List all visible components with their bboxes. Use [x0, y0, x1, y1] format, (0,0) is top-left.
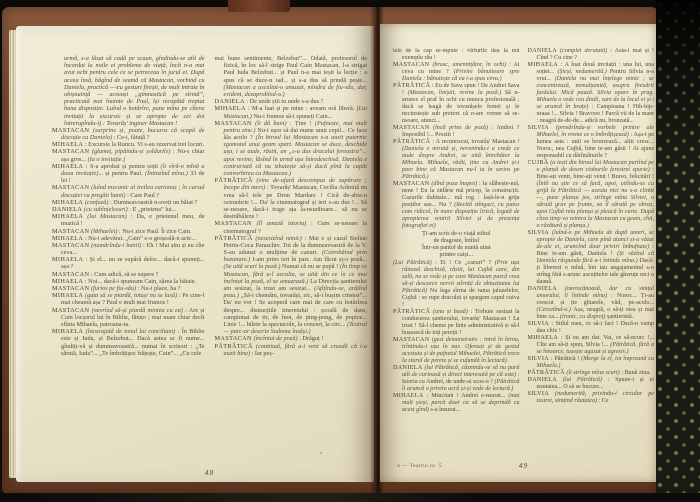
speaker-name: SILVIA [528, 125, 550, 131]
speaker-name: MIHAELA [52, 199, 83, 206]
paper-speck [536, 62, 538, 64]
dialogue-paragraph: MASTACAN (brusc, amenințător, în ochi) :… [393, 62, 520, 83]
page-right-footer: 4 — Teatrul nr. 5 49 [393, 452, 654, 480]
speaker-name: MASTACAN [52, 127, 89, 134]
dialogue-paragraph: SILVIA (nedumerită, privindu-i circular … [528, 391, 655, 405]
dialogue-paragraph: MASTACAN (luînd mecanic al treilea carto… [52, 184, 205, 198]
dialogue-paragraph: MIHAELA : Și eu am dat. Vai, ce să-ncurc… [528, 335, 655, 356]
dialogue-paragraph: MASTACAN (îi dă bani) : Ține ! (Pufnește… [215, 120, 368, 178]
dialogue-paragraph: PĂTRĂTICĂ (vine de-afară descompus de su… [215, 177, 368, 220]
paper-speck [116, 86, 118, 89]
dialogue-paragraph: MASTACAN (numărîndu-i banii) : Eh ! Mai … [52, 242, 205, 256]
dialogue-paragraph: MASTACAN (îl amuză istoria) : Cum se-nso… [215, 220, 368, 234]
dialogue-paragraph: MASTACAN (dînd poza înapoi) : Ia slăbeșt… [393, 181, 520, 230]
page-right-columns: tele de la cap se-mpute : vîrfurile dau … [393, 48, 654, 452]
dialogue-paragraph: DANIELA (morocănoasă, dar cu simțul umor… [528, 286, 655, 321]
speaker-name: DANIELA [393, 365, 423, 371]
speaker-name: MASTACAN [215, 335, 252, 342]
speaker-name: MASTACAN [52, 148, 89, 155]
speaker-name: MIHAELA [52, 235, 83, 242]
dialogue-paragraph: MASTACAN (gest demonstrativ : intră în b… [393, 337, 520, 365]
dialogue-paragraph: MIHAELA : M-a luat și pe mine : aveam or… [215, 105, 368, 119]
speaker-name: SILVIA [528, 230, 550, 236]
speaker-name: PĂTRĂTICĂ [215, 343, 253, 350]
dialogue-paragraph: DANIELA (lui Pătrătică, căznindu-se să n… [393, 365, 520, 393]
dialogue-paragraph: MASTACAN (nevrînd să-și piardă mintea cu… [52, 307, 205, 329]
speaker-name: MASTACAN [52, 285, 89, 292]
speaker-name: PĂTRĂTICĂ [528, 370, 565, 376]
dialogue-paragraph: MIHAELA : Minciuni ! Andrei e-nsurat... … [393, 393, 520, 414]
dialogue-paragraph: DANIELA (lui Pătrătică) : Spune-i și ei … [528, 377, 655, 391]
speaker-name: MIHAELA [528, 62, 559, 68]
speaker-name: DANIELA [528, 286, 558, 292]
speaker-name: PĂTRĂTICĂ [393, 139, 430, 145]
dialogue-paragraph: CUJBĂ (a ieșit din biroul lui Mastacan p… [528, 160, 655, 230]
dialogue-paragraph: DANIELA (cu subînțelesuri) : E „prietena… [52, 206, 205, 213]
continuation-paragraph: mai bune sentimente, Belzebut”... Odată,… [215, 55, 368, 98]
speaker-name: DANIELA [52, 206, 82, 213]
dialogue-paragraph: DANIELA : De unde știi tu unde s-a dus ? [215, 98, 368, 105]
speaker-name: MASTACAN [393, 337, 430, 343]
speaker-name: MASTACAN [393, 181, 430, 187]
speaker-name: PĂTRĂTICĂ [393, 83, 430, 89]
speaker-name: MASTACAN [52, 228, 89, 235]
page-number: 49 [393, 461, 654, 470]
dialogue-paragraph: PĂTRĂTICĂ (nesesizînd nimic) : Mai e și … [215, 235, 368, 336]
dialogue-paragraph: MIHAELA : Excursie la Runcu. Vi s-au rez… [52, 141, 205, 148]
dialogue-paragraph: PĂTRĂTICĂ (continuă, fără a-i veni să cr… [215, 343, 368, 357]
speaker-name: MIHAELA [393, 393, 424, 399]
dialogue-paragraph: SILVIA (luînd-o pe Mihaela de după umeri… [528, 230, 655, 286]
book-page-right: tele de la cap se-mpute : vîrfurile dau … [380, 24, 658, 482]
speaker-name: MIHAELA [52, 256, 83, 263]
speaker-name: PĂTRĂTICĂ [393, 309, 430, 315]
speaker-name: DANIELA [528, 48, 558, 54]
dialogue-paragraph: MIHAELA (încurajată de tonul lui concili… [52, 328, 205, 357]
dialogue-paragraph: MASTACAN (încîntat de poză) : Drăguț ! [215, 335, 368, 342]
speaker-name: MIHAELA [215, 105, 246, 112]
speaker-name: MIHAELA [52, 278, 83, 285]
speaker-name: SILVIA [528, 391, 550, 397]
speaker-name: MASTACAN [393, 62, 430, 68]
speaker-name: MIHAELA [52, 292, 83, 299]
dialogue-paragraph: MIHAELA : A luat două invitații : una lu… [528, 62, 655, 125]
dialogue-paragraph: PĂTRĂTICĂ (una și bună) : Trebuie sesiza… [393, 309, 520, 337]
dialogue-paragraph: MASTACAN (surprins și, poate, bucuros că… [52, 127, 205, 141]
book-spine-top [228, 0, 290, 12]
dialogue-paragraph: MASTACAN (glumeț, pipăindu-și șoldurile)… [52, 148, 205, 162]
text-column: DANIELA (complet derutată) : Asta-i mai … [528, 48, 655, 452]
speaker-name: MASTACAN [52, 271, 89, 278]
dialogue-paragraph: SILVIA : Pătrătică ! (Merge la el, tot î… [528, 356, 655, 370]
dialogue-paragraph: PĂTRĂTICĂ (îi strînge mîna scurt) : Bună… [528, 370, 655, 377]
dialogue-paragraph: MASTACAN (Mihaelei) : Nu-i zice Paul. Îi… [52, 228, 205, 235]
dialogue-paragraph: SILVIA : Stilul meu, ce să-i faci ! Dacă… [528, 321, 655, 335]
dialogue-paragraph: MIHAELA : Nu-i adevărat. „Cain” e-o greș… [52, 235, 205, 242]
speaker-name: MASTACAN [215, 220, 252, 227]
speaker-name: MIHAELA [528, 335, 559, 341]
speaker-name: PĂTRĂTICĂ [215, 177, 253, 184]
speaker-name: MASTACAN [215, 120, 252, 127]
dialogue-paragraph: MIHAELA (confuză) : Dumneavoastră n-aveț… [52, 199, 205, 206]
dialogue-paragraph: DANIELA (complet derutată) : Asta-i mai … [528, 48, 655, 62]
speaker-name: MIHAELA [52, 328, 83, 335]
speaker-name: DANIELA [215, 98, 245, 105]
speaker-name: MIHAELA [52, 163, 83, 170]
stage-direction: urmă, s-a lăsat să cadă pe scaun, gîndin… [54, 55, 205, 127]
text-column: tele de la cap se-mpute : vîrfurile dau … [393, 48, 520, 452]
continuation-paragraph: tele de la cap se-mpute : vîrfurile dau … [393, 48, 520, 62]
speaker-name: MIHAELA [52, 141, 83, 148]
page-left-footer: 48 [52, 459, 367, 487]
speaker-name: MASTACAN [52, 242, 89, 249]
dialogue-paragraph: PĂTRĂTICĂ : A recunoscut, tovarăș' Masta… [393, 139, 520, 181]
continuation-paragraph: (Lui Pătrătică) : Ei ! Ce „cazuri” ? (Pr… [393, 260, 520, 309]
dialogue-paragraph: MIHAELA (gata să se piardă, totuși nu se… [52, 292, 205, 306]
dialogue-paragraph: MASTACAN (încă prins de poză) : Andrei ?… [393, 125, 520, 139]
speaker-name: CUJBĂ [528, 160, 549, 166]
page-number: 48 [52, 468, 367, 477]
dialogue-paragraph: MIHAELA (lui Mastacan) : Da, e prietenul… [52, 213, 205, 227]
text-column: mai bune sentimente, Belzebut”... Odată,… [215, 55, 368, 459]
verse-lines: Ți-am scris de-o viață stihul de dragost… [393, 231, 520, 259]
table-bottom-band [0, 493, 700, 502]
dialogue-paragraph: PĂTRĂTICĂ : Eu de Sava spun ! De Andrei … [393, 83, 520, 125]
dialogue-paragraph: MIHAELA : Noi... dacă-i spuneam Cain, să… [52, 278, 205, 285]
dialogue-paragraph: MASTACAN (furios pe fiu-său) : Nu-i plac… [52, 285, 205, 292]
speaker-name: SILVIA [528, 321, 550, 327]
speaker-name: DANIELA [528, 377, 558, 383]
page-left-columns: urmă, s-a lăsat să cadă pe scaun, gîndin… [52, 55, 367, 459]
paper-speck [320, 452, 322, 454]
dialogue-paragraph: MIHAELA : Și el... nu se supără deloc...… [52, 256, 205, 270]
dialogue-paragraph: MASTACAN : Cum adică, să se supere ? [52, 271, 205, 278]
speaker-name: SILVIA [528, 356, 550, 362]
speaker-name: PĂTRĂTICĂ [215, 235, 253, 242]
patterned-book-shade [656, 0, 700, 502]
speaker-name: MASTACAN [52, 184, 89, 191]
speaker-name: MASTACAN [393, 125, 430, 131]
text-column: urmă, s-a lăsat să cadă pe scaun, gîndin… [52, 55, 205, 459]
dialogue-paragraph: SILVIA (presărîndu-și vorbele printre al… [528, 125, 655, 160]
speaker-name: MASTACAN [52, 307, 89, 314]
book-page-left: urmă, s-a lăsat să cadă pe scaun, gîndin… [16, 26, 374, 482]
dialogue-paragraph: MIHAELA : S-a aprobat și pentru soții (î… [52, 163, 205, 185]
speaker-name: MIHAELA [52, 213, 83, 220]
